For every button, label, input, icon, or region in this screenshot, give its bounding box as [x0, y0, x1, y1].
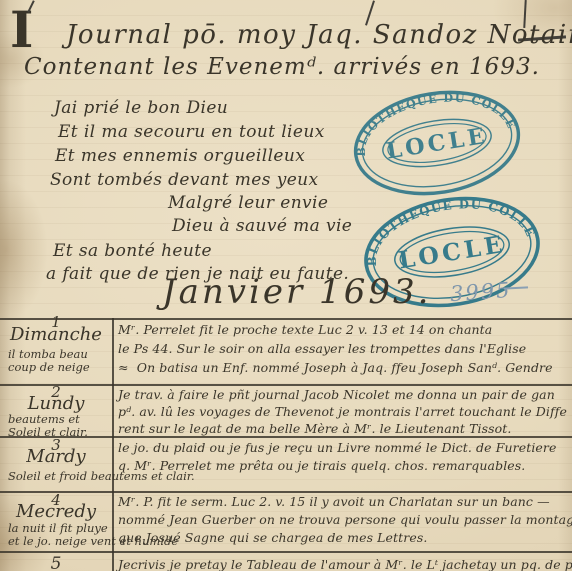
entry-line: pᵈ. av. lû les voyages de Thevenot je mo…: [118, 404, 567, 419]
table-rule: [0, 551, 572, 553]
poem-line: Et il ma secouru en tout lieux: [58, 122, 325, 142]
entry-line: le Ps 44. Sur le soir on alla essayer le…: [118, 341, 526, 356]
entry-line: nommé Jean Guerber on ne trouva persone …: [118, 512, 572, 527]
entry-line: q. Mʳ. Perrelet me prêta ou je tirais qu…: [118, 458, 525, 473]
entry-line: Jecrivis je pretay le Tableau de l'amour…: [118, 557, 572, 571]
weather-note: il tomba beau coup de neige: [8, 348, 90, 373]
catalog-number: 3995: [449, 278, 512, 306]
poem-line: Dieu à sauvé ma vie: [172, 216, 352, 236]
day-number: 5: [0, 554, 112, 571]
day-name: Mecredy: [0, 501, 112, 522]
poem-line: Et mes ennemis orgueilleux: [55, 146, 305, 166]
month-heading: Janvier 1693.: [162, 272, 431, 312]
manuscript-page: I Journal pō. moy Jaq. Sandoz Notaire. C…: [0, 0, 572, 571]
poem-line: Et sa bonté heute: [53, 241, 212, 261]
weather-note: beautems et Soleil et clair.: [8, 413, 88, 438]
stamp-center-text: LOCLE: [385, 123, 490, 165]
entry-line: Mʳ. Perrelet fit le proche texte Luc 2 v…: [118, 322, 492, 337]
day-name: Lundy: [0, 393, 112, 414]
entry-line: Mʳ. P. fit le serm. Luc 2. v. 15 il y av…: [118, 494, 550, 509]
entry-line: rent sur le legat de ma belle Mère à Mʳ.…: [118, 421, 512, 436]
stamp-center-text: LOCLE: [396, 230, 507, 275]
day-name: Mardy: [0, 446, 112, 467]
poem-line: Sont tombés devant mes yeux: [50, 170, 319, 190]
entry-line: que Josué Sagne qui se chargea de mes Le…: [118, 530, 427, 545]
entry-line: le jo. du plaid ou je fus je reçu un Liv…: [118, 440, 557, 455]
poem-line: Jai prié le bon Dieu: [54, 98, 228, 118]
entry-line: ≈ On batisa un Enf. nommé Joseph à Jaq. …: [118, 360, 553, 375]
journal-subtitle: Contenant les Evenemᵈ. arrivés en 1693.: [24, 54, 540, 80]
entry-line: Je trav. à faire le pñt journal Jacob Ni…: [118, 387, 555, 402]
day-name: Dimanche: [0, 324, 112, 345]
journal-title: Journal pō. moy Jaq. Sandoz Notaire.: [66, 20, 572, 50]
poem-line: Malgré leur envie: [168, 193, 328, 213]
